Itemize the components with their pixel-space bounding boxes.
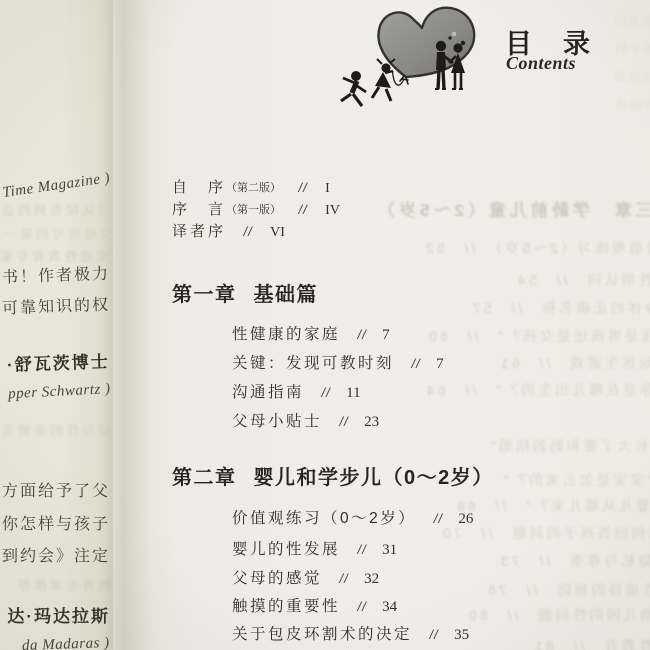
page-number: 32: [364, 571, 379, 587]
page-number: VI: [270, 225, 285, 240]
toc-separator: //: [298, 180, 307, 195]
toc-entry: 关于包皮环割术的决定 // 35: [232, 622, 469, 644]
bleedthrough-text: “婴儿从哪儿来？” // 68: [454, 496, 650, 516]
toc-entry-title: 性健康的家庭: [232, 326, 340, 343]
toc-separator: //: [357, 327, 366, 342]
book-photo: 亲爱的 孩子们 父母课 的阅读 第三章 学龄前儿童（2～5岁） 价值观练习（2～…: [0, 0, 650, 650]
toc-separator: //: [339, 414, 348, 429]
toc-entry-title: 关于包皮环割术的决定: [232, 626, 412, 643]
page-number: IV: [325, 203, 340, 218]
page-number: 7: [436, 356, 444, 372]
running-boy-silhouette: [341, 71, 366, 106]
bleedthrough-text: 《从尿布到约会》: [0, 200, 111, 219]
left-page-text: ( Time Magazine ): [0, 170, 111, 203]
toc-entry-title: 父母的感觉: [232, 570, 322, 587]
toc-separator: //: [243, 224, 252, 239]
bleedthrough-text: 隐私与尊重 // 73: [498, 551, 650, 571]
bleedthrough-text: 教育专家推荐: [15, 575, 111, 594]
left-page-text: 到约会》注定: [2, 543, 110, 566]
bleedthrough-text: 的阅读: [614, 96, 650, 113]
toc-entry: 价值观练习（0～2岁） // 26: [232, 506, 473, 528]
bleedthrough-text: 父母而写的第一本: [0, 224, 113, 243]
page-number: 26: [458, 511, 473, 527]
bleedthrough-text: 性虐待的预防 // 76: [485, 580, 650, 600]
toc-entry: 触摸的重要性 // 34: [232, 594, 397, 616]
chapter-title: 基础篇: [254, 284, 319, 306]
toc-entry-title: 父母小贴士: [232, 413, 322, 430]
page-number: 7: [382, 327, 390, 343]
chapter-heading: 第二章婴儿和学步儿（0～2岁）: [172, 461, 494, 490]
front-matter-title: 自 序: [172, 180, 226, 196]
page-number: 31: [382, 542, 397, 558]
bleedthrough-text: 亲爱的: [612, 12, 650, 29]
left-page-text: 方面给予了父: [2, 478, 110, 501]
page-gutter-shadow: [104, 0, 176, 650]
left-page-text: pper Schwartz ): [7, 381, 110, 403]
front-matter-note: （第二版）: [226, 182, 281, 194]
toc-entry: 沟通指南 // 11: [232, 380, 361, 402]
toc-entry-title: 关键：发现可教时刻: [232, 355, 394, 372]
toc-entry-title: 触摸的重要性: [232, 598, 340, 615]
toc-entry-title: 价值观练习（0～2岁）: [232, 510, 416, 527]
front-matter-row: 序 言（第一版） // IV: [172, 198, 340, 219]
left-page-text: 受可靠知识的权: [0, 292, 110, 319]
left-page-text: 此书！作者极力: [0, 261, 110, 288]
front-matter-title: 译者序: [172, 224, 226, 240]
left-page-text: da Madaras ): [22, 635, 110, 650]
toc-entry: 性健康的家庭 // 7: [232, 322, 390, 344]
bleedthrough-text: 爱与性的亲密关: [0, 420, 111, 439]
front-matter-note: （第一版）: [226, 204, 281, 216]
toc-separator: //: [339, 571, 348, 586]
bleedthrough-text: 性别认同 // 54: [515, 270, 650, 290]
toc-separator: //: [357, 542, 366, 557]
toc-entry: 关键：发现可教时刻 // 7: [232, 351, 444, 373]
toc-separator: //: [298, 202, 307, 217]
bleedthrough-chapter: 第三章 学龄前儿童（2～5岁）: [374, 196, 650, 221]
bleedthrough-text: 性教育 // 81: [532, 636, 650, 650]
bleedthrough-text: “我是男孩还是女孩？” // 60: [426, 326, 650, 346]
left-page-text: ·舒瓦茨博士: [7, 347, 110, 376]
toc-entry: 父母的感觉 // 32: [232, 566, 379, 588]
toc-separator: //: [357, 599, 366, 614]
heart-balloon-illustration: [336, 0, 486, 120]
bleedthrough-text: 幼儿园的性问题 // 80: [466, 605, 650, 625]
toc-entry: 父母小贴士 // 23: [232, 409, 379, 431]
bleedthrough-text: “你是在哪儿出生的？” // 64: [424, 380, 650, 400]
bleedthrough-text: 父母课: [612, 68, 650, 85]
front-matter-row: 自 序（第二版） // I: [172, 176, 330, 197]
bleedthrough-text: 玩医生游戏 // 61: [498, 353, 650, 373]
page-title-english: Contents: [506, 53, 576, 74]
bleedthrough-text: 价值观练习（2～5岁） // 52: [423, 238, 650, 258]
toc-separator: //: [429, 627, 438, 642]
page-number: I: [325, 181, 330, 196]
toc-separator: //: [411, 356, 420, 371]
toc-entry: 婴儿的性发展 // 31: [232, 537, 397, 559]
page-number: 34: [382, 599, 397, 615]
bleedthrough-text: “长大了要和妈妈结婚”: [488, 436, 650, 456]
chapter-number: 第一章: [172, 284, 237, 306]
left-page-text: 达·玛达拉斯: [7, 602, 110, 627]
bleedthrough-text: 身体的正确名称 // 57: [470, 298, 650, 318]
bleedthrough-text: 孩子们: [614, 40, 650, 57]
tiny-heart: [448, 36, 451, 39]
page-number: 35: [454, 627, 469, 643]
toc-separator: //: [321, 385, 330, 400]
page-number: 11: [346, 385, 360, 401]
toc-separator: //: [434, 511, 443, 526]
toc-entry-title: 婴儿的性发展: [232, 541, 340, 558]
front-matter-title: 序 言: [172, 202, 226, 218]
front-matter-row: 译者序 // VI: [172, 220, 285, 241]
chapter-heading: 第一章基础篇: [172, 278, 318, 307]
chapter-number: 第二章: [172, 467, 237, 489]
toc-entry-title: 沟通指南: [232, 384, 304, 401]
bleedthrough-text: “宝宝是怎么来的？”: [501, 470, 650, 490]
page-number: 23: [364, 414, 379, 430]
chapter-title: 婴儿和学步儿（0～2岁）: [254, 467, 494, 489]
left-page: 《从尿布到约会》 父母而写的第一本 家庭性教育专家 爱与性的亲密关 教育专家推荐…: [0, 0, 113, 650]
left-page-text: 你怎样与孩子: [2, 511, 110, 534]
